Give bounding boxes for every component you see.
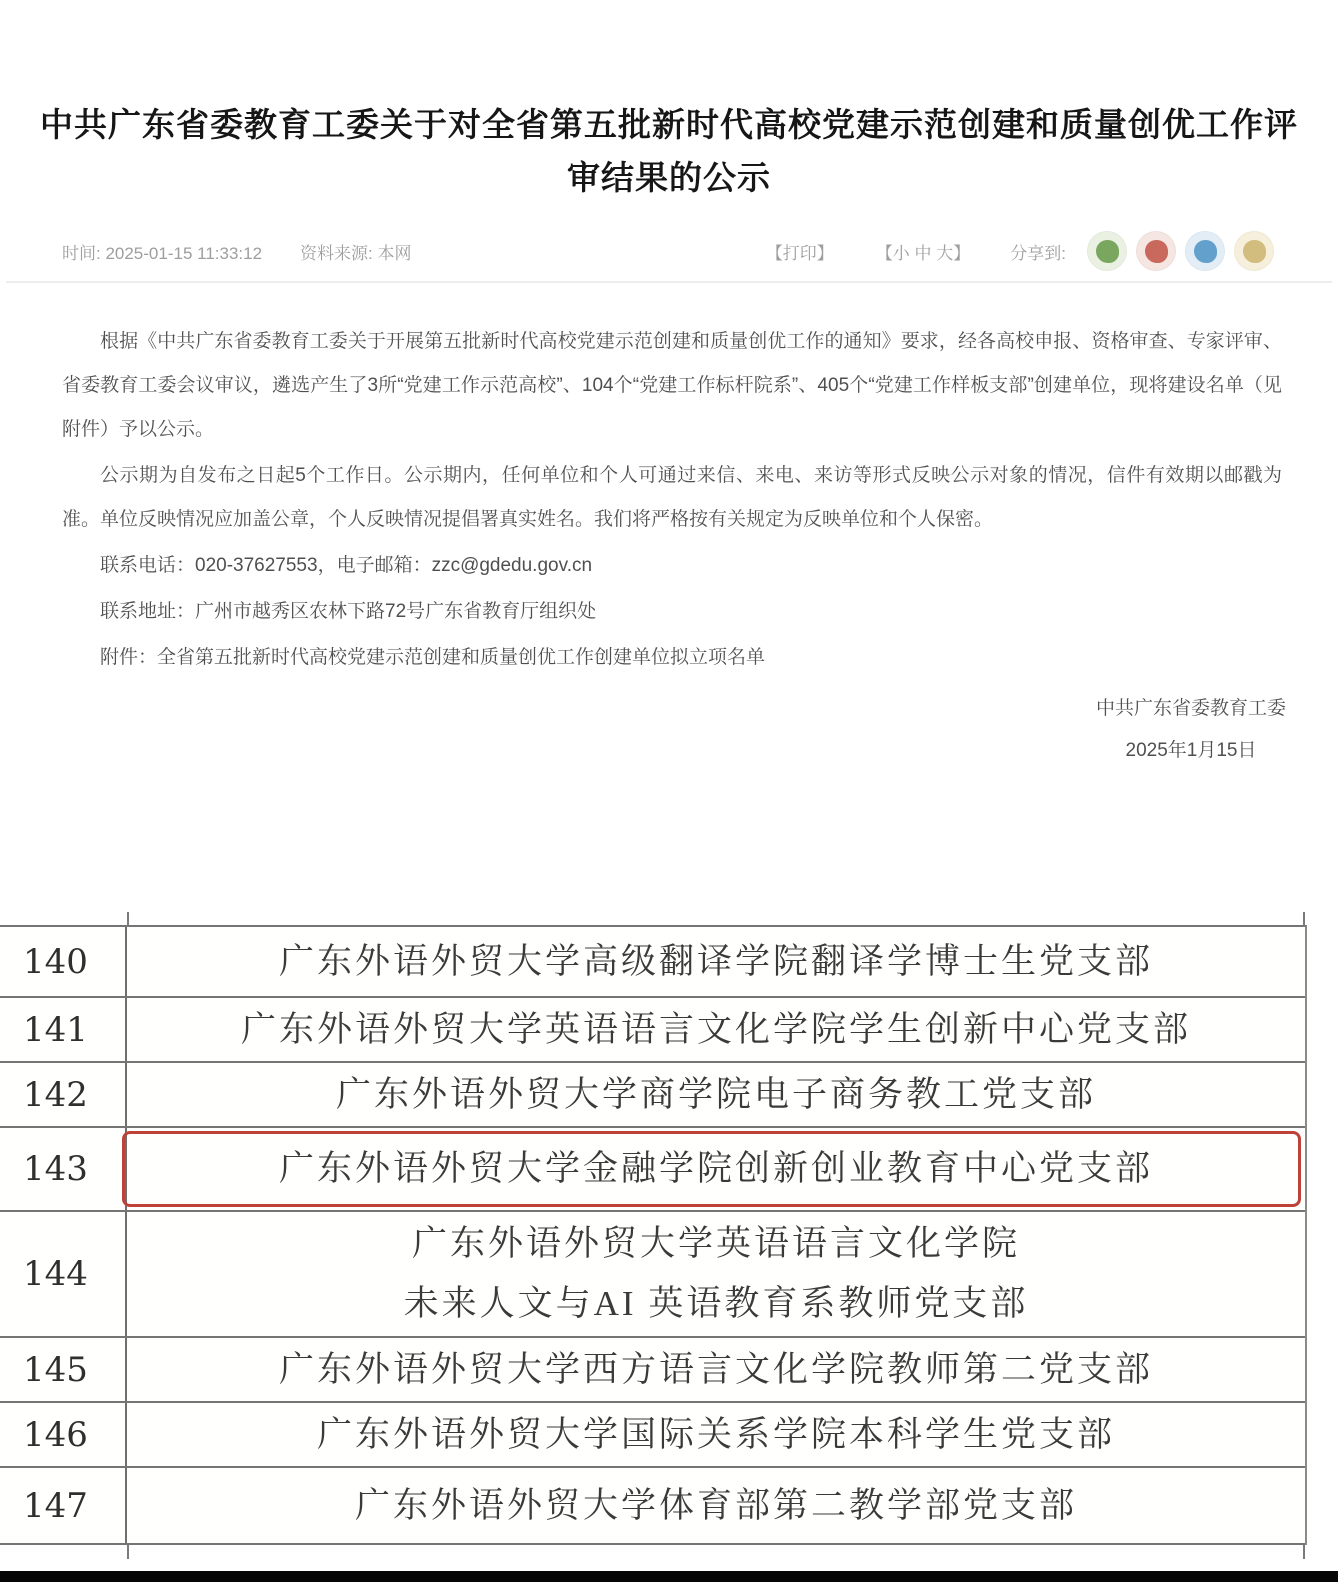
branch-name: 广东外语外贸大学国际关系学院本科学生党支部: [127, 1403, 1305, 1466]
table-row-highlighted: 143 广东外语外贸大学金融学院创新创业教育中心党支部: [0, 1128, 1305, 1212]
qzone-share-icon[interactable]: [1234, 231, 1274, 271]
table-column-divider-stub: [127, 912, 129, 927]
branch-name: 广东外语外贸大学英语语言文化学院学生创新中心党支部: [127, 998, 1305, 1061]
branch-name: 广东外语外贸大学体育部第二教学部党支部: [127, 1468, 1305, 1543]
signature-block: 中共广东省委教育工委 2025年1月15日: [1096, 688, 1286, 772]
table-row: 147 广东外语外贸大学体育部第二教学部党支部: [0, 1468, 1305, 1545]
qq-glyph: [1194, 240, 1217, 263]
branch-name: 广东外语外贸大学英语语言文化学院 未来人文与AI 英语教育系教师党支部: [127, 1212, 1305, 1336]
table-row: 141 广东外语外贸大学英语语言文化学院学生创新中心党支部: [0, 998, 1305, 1063]
page-title: 中共广东省委教育工委关于对全省第五批新时代高校党建示范创建和质量创优工作评审结果…: [36, 98, 1302, 205]
publish-time: 时间: 2025-01-15 11:33:12: [62, 244, 262, 263]
row-number: 145: [0, 1338, 127, 1401]
branch-name: 广东外语外贸大学高级翻译学院翻译学博士生党支部: [127, 927, 1305, 996]
signature-org: 中共广东省委教育工委: [1096, 688, 1286, 730]
table-column-divider-stub: [127, 1545, 129, 1559]
attachment-line: 附件：全省第五批新时代高校党建示范创建和质量创优工作创建单位拟立项名单: [62, 636, 1282, 680]
header-divider: [6, 281, 1332, 283]
paragraph-publicity-period: 公示期为自发布之日起5个工作日。公示期内，任何单位和个人可通过来信、来电、来访等…: [62, 454, 1282, 542]
row-number: 141: [0, 998, 127, 1061]
row-number: 144: [0, 1212, 127, 1336]
branch-name: 广东外语外贸大学商学院电子商务教工党支部: [127, 1063, 1305, 1126]
row-number: 140: [0, 927, 127, 996]
branch-name: 广东外语外贸大学金融学院创新创业教育中心党支部: [127, 1128, 1305, 1210]
table-right-border-stub: [1303, 912, 1305, 927]
weibo-glyph: [1145, 240, 1168, 263]
source: 资料来源: 本网: [300, 244, 411, 263]
share-label: 分享到:: [1010, 239, 1066, 264]
row-number: 142: [0, 1063, 127, 1126]
row-number: 143: [0, 1128, 127, 1210]
table-row: 145 广东外语外贸大学西方语言文化学院教师第二党支部: [0, 1338, 1305, 1403]
table-row: 140 广东外语外贸大学高级翻译学院翻译学博士生党支部: [0, 927, 1305, 998]
table-row: 144 广东外语外贸大学英语语言文化学院 未来人文与AI 英语教育系教师党支部: [0, 1212, 1305, 1338]
bottom-black-bar: [0, 1571, 1338, 1582]
table-right-border-stub: [1303, 1545, 1305, 1559]
branch-name-line-2: 未来人文与AI 英语教育系教师党支部: [404, 1274, 1029, 1334]
contact-phone-line: 联系电话：020-37627553，电子邮箱：zzc@gdedu.gov.cn: [62, 544, 1282, 588]
row-number: 147: [0, 1468, 127, 1543]
qzone-glyph: [1243, 240, 1266, 263]
qq-share-icon[interactable]: [1185, 231, 1225, 271]
table-row: 142 广东外语外贸大学商学院电子商务教工党支部: [0, 1063, 1305, 1128]
table-row: 146 广东外语外贸大学国际关系学院本科学生党支部: [0, 1403, 1305, 1468]
print-button[interactable]: 【打印】: [766, 239, 834, 264]
meta-actions: 【打印】 【小 中 大】 分享到:: [766, 231, 1274, 271]
wechat-share-icon[interactable]: [1087, 231, 1127, 271]
weibo-share-icon[interactable]: [1136, 231, 1176, 271]
branch-name-line-1: 广东外语外贸大学英语语言文化学院: [412, 1214, 1020, 1274]
signature-date: 2025年1月15日: [1096, 730, 1286, 772]
contact-address-line: 联系地址：广州市越秀区农林下路72号广东省教育厅组织处: [62, 590, 1282, 634]
wechat-glyph: [1096, 240, 1119, 263]
font-size-switch[interactable]: 【小 中 大】: [876, 239, 970, 264]
meta-info: 时间: 2025-01-15 11:33:12资料来源: 本网: [62, 239, 450, 264]
meta-bar: 时间: 2025-01-15 11:33:12资料来源: 本网 【打印】 【小 …: [62, 228, 1274, 274]
paragraph-intro: 根据《中共广东省委教育工委关于开展第五批新时代高校党建示范创建和质量创优工作的通…: [62, 320, 1282, 452]
row-number: 146: [0, 1403, 127, 1466]
article-body: 根据《中共广东省委教育工委关于开展第五批新时代高校党建示范创建和质量创优工作的通…: [62, 320, 1282, 682]
attachment-table: 140 广东外语外贸大学高级翻译学院翻译学博士生党支部 141 广东外语外贸大学…: [0, 925, 1307, 1545]
branch-name: 广东外语外贸大学西方语言文化学院教师第二党支部: [127, 1338, 1305, 1401]
announcement-page: 中共广东省委教育工委关于对全省第五批新时代高校党建示范创建和质量创优工作评审结果…: [0, 0, 1338, 1582]
